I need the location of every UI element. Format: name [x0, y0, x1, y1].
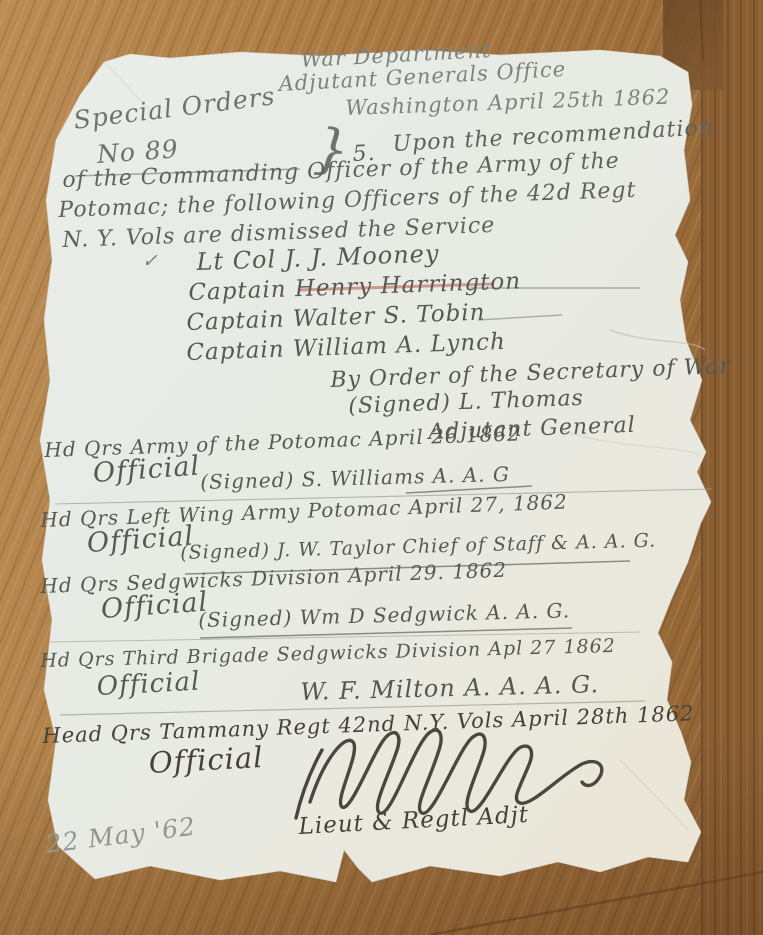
endorsement-5-official: Official [148, 740, 264, 780]
check-mark: ✓ [142, 250, 159, 272]
wood-seam [700, 0, 703, 60]
wood-seam [430, 872, 763, 935]
photo-of-document: War Department Adjutant Generals Office … [0, 0, 763, 935]
endorsement-4-official: Official [96, 667, 201, 702]
